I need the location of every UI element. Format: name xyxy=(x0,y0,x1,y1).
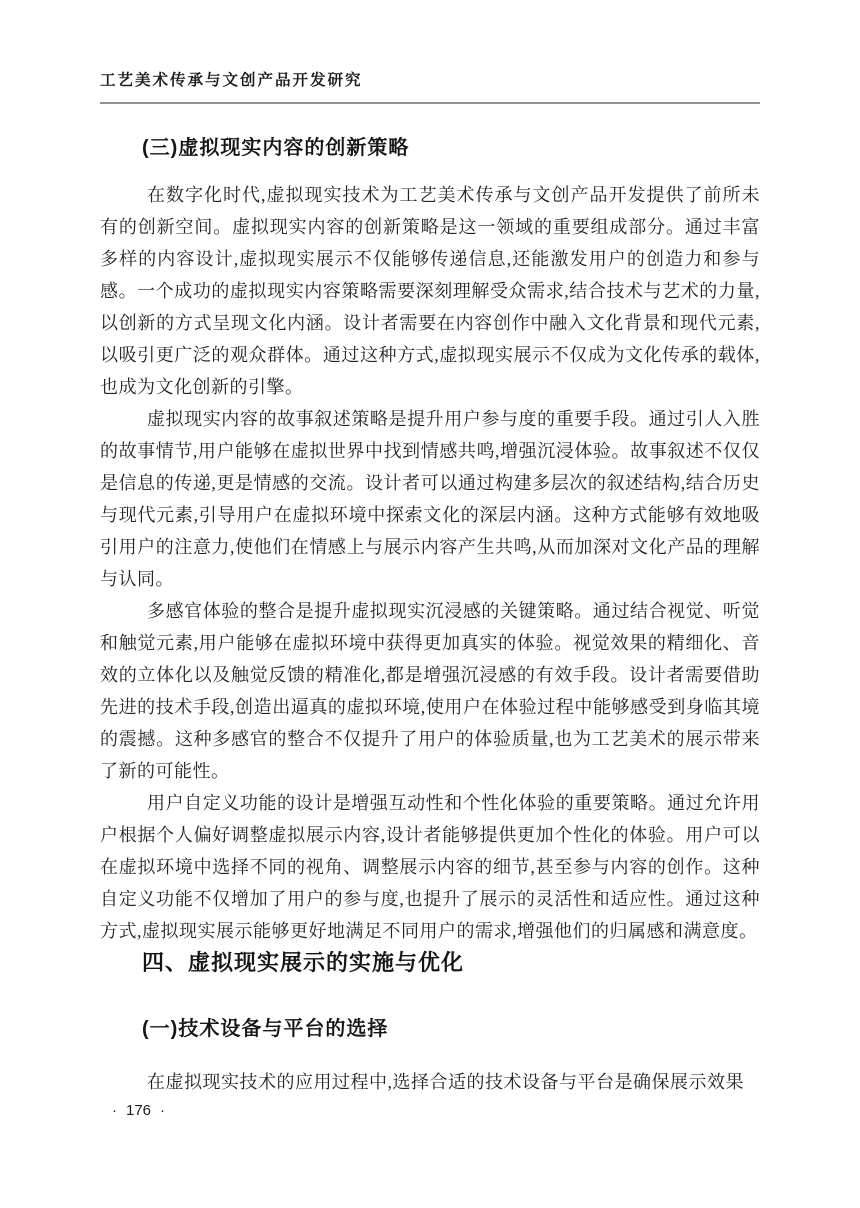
footer-dot-right: · xyxy=(160,1103,165,1118)
document-page: 工艺美术传承与文创产品开发研究 (三)虚拟现实内容的创新策略 在数字化时代,虚拟… xyxy=(0,0,860,1208)
page-footer: · 176 · xyxy=(112,1102,165,1119)
body-paragraph: 用户自定义功能的设计是增强互动性和个性化体验的重要策略。通过允许用户根据个人偏好… xyxy=(100,787,760,947)
page-number: 176 xyxy=(126,1102,151,1119)
subsection-heading-1: (一)技术设备与平台的选择 xyxy=(100,1018,760,1041)
body-paragraph: 在虚拟现实技术的应用过程中,选择合适的技术设备与平台是确保展示效果 xyxy=(100,1066,760,1098)
subsection-heading-3: (三)虚拟现实内容的创新策略 xyxy=(100,137,760,160)
body-text-block: 在数字化时代,虚拟现实技术为工艺美术传承与文创产品开发提供了前所未有的创新空间。… xyxy=(100,179,760,947)
body-paragraph: 多感官体验的整合是提升虚拟现实沉浸感的关键策略。通过结合视觉、听觉和触觉元素,用… xyxy=(100,595,760,787)
running-title: 工艺美术传承与文创产品开发研究 xyxy=(100,71,760,90)
body-paragraph: 在数字化时代,虚拟现实技术为工艺美术传承与文创产品开发提供了前所未有的创新空间。… xyxy=(100,179,760,403)
section-heading-4: 四、虚拟现实展示的实施与优化 xyxy=(100,950,760,976)
body-paragraph: 虚拟现实内容的故事叙述策略是提升用户参与度的重要手段。通过引人入胜的故事情节,用… xyxy=(100,403,760,595)
footer-dot-left: · xyxy=(112,1103,117,1118)
page-header: 工艺美术传承与文创产品开发研究 xyxy=(100,0,760,104)
page-content: (三)虚拟现实内容的创新策略 在数字化时代,虚拟现实技术为工艺美术传承与文创产品… xyxy=(100,137,760,1098)
